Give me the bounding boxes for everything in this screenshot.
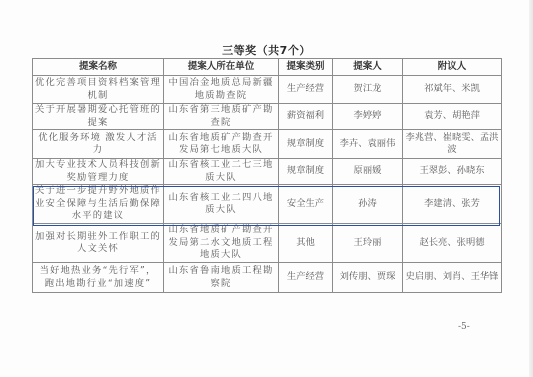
proposal-name: 加大专业技术人员科技创新奖励管理力度	[33, 159, 164, 185]
proposal-category: 生产经营	[279, 263, 333, 293]
document-page: 三等奖（共7个） 提案名称 提案人所在单位 提案类别 提案人 附议人 优化完善项…	[0, 0, 533, 377]
proposal-category: 生产经营	[279, 76, 333, 104]
table-header-row: 提案名称 提案人所在单位 提案类别 提案人 附议人	[33, 59, 502, 76]
proposer-unit: 中国冶金地质总局新疆地质勘查院	[164, 76, 279, 104]
seconders: 李兆营、崔晓雯、孟洪波	[403, 130, 502, 159]
proposer-unit: 山东省鲁南地质工程勘察院	[164, 263, 279, 293]
seconders: 赵长亮、张明德	[403, 224, 502, 263]
table-row: 加大专业技术人员科技创新奖励管理力度 山东省核工业二七三地质大队 规章制度 原丽…	[33, 159, 502, 185]
header-seconders: 附议人	[403, 59, 502, 76]
page-number: -5-	[458, 322, 470, 332]
proposal-name: 当好地热业务“先行军”，跑出地勘行业“加速度”	[33, 263, 164, 293]
seconders: 祁斌年、米凯	[403, 76, 502, 104]
header-proposal-name: 提案名称	[33, 59, 164, 76]
proposer: 李婷婷	[333, 104, 403, 130]
table-row: 优化服务环境 激发人才活力 山东省地质矿产勘查开发局第七地质大队 规章制度 李卉…	[33, 130, 502, 159]
proposer: 贺江龙	[333, 76, 403, 104]
proposal-category: 薪资福利	[279, 104, 333, 130]
seconders: 史启朋、刘肖、王华锋	[403, 263, 502, 293]
table-row: 关于开展暑期爱心托管班的提案 山东省第三地质矿产勘查院 薪资福利 李婷婷 袁芳、…	[33, 104, 502, 130]
proposal-category: 安全生产	[279, 185, 333, 224]
proposer: 原丽媛	[333, 159, 403, 185]
proposer: 孙涛	[333, 185, 403, 224]
proposal-category: 规章制度	[279, 159, 333, 185]
section-title: 三等奖（共7个）	[0, 42, 533, 58]
proposer: 刘传朋、贾琛	[333, 263, 403, 293]
table-row: 当好地热业务“先行军”，跑出地勘行业“加速度” 山东省鲁南地质工程勘察院 生产经…	[33, 263, 502, 293]
proposer-unit: 山东省核工业二七三地质大队	[164, 159, 279, 185]
proposal-name: 关于进一步提升野外地质作业安全保障与生活后勤保障水平的建议	[33, 185, 164, 224]
seconders: 王翠彭、孙晓东	[403, 159, 502, 185]
header-proposer: 提案人	[333, 59, 403, 76]
awards-table: 提案名称 提案人所在单位 提案类别 提案人 附议人 优化完善项目资料档案管理机制…	[32, 58, 502, 293]
proposal-category: 其他	[279, 224, 333, 263]
proposal-category: 规章制度	[279, 130, 333, 159]
seconders: 袁芳、胡艳萍	[403, 104, 502, 130]
table-row: 优化完善项目资料档案管理机制 中国冶金地质总局新疆地质勘查院 生产经营 贺江龙 …	[33, 76, 502, 104]
table-row: 加强对长期驻外工作职工的人文关怀 山东省地质矿产勘查开发局第二水文地质工程地质大…	[33, 224, 502, 263]
proposer: 王玲丽	[333, 224, 403, 263]
header-proposal-category: 提案类别	[279, 59, 333, 76]
proposal-name: 优化服务环境 激发人才活力	[33, 130, 164, 159]
proposer-unit: 山东省第三地质矿产勘查院	[164, 104, 279, 130]
proposal-name: 加强对长期驻外工作职工的人文关怀	[33, 224, 164, 263]
seconders: 李建清、张芳	[403, 185, 502, 224]
proposal-name: 优化完善项目资料档案管理机制	[33, 76, 164, 104]
table-row-highlighted: 关于进一步提升野外地质作业安全保障与生活后勤保障水平的建议 山东省核工业二四八地…	[33, 185, 502, 224]
proposer-unit: 山东省地质矿产勘查开发局第七地质大队	[164, 130, 279, 159]
proposer-unit: 山东省地质矿产勘查开发局第二水文地质工程地质大队	[164, 224, 279, 263]
proposer: 李卉、袁丽伟	[333, 130, 403, 159]
header-proposer-unit: 提案人所在单位	[164, 59, 279, 76]
proposer-unit: 山东省核工业二四八地质大队	[164, 185, 279, 224]
proposal-name: 关于开展暑期爱心托管班的提案	[33, 104, 164, 130]
